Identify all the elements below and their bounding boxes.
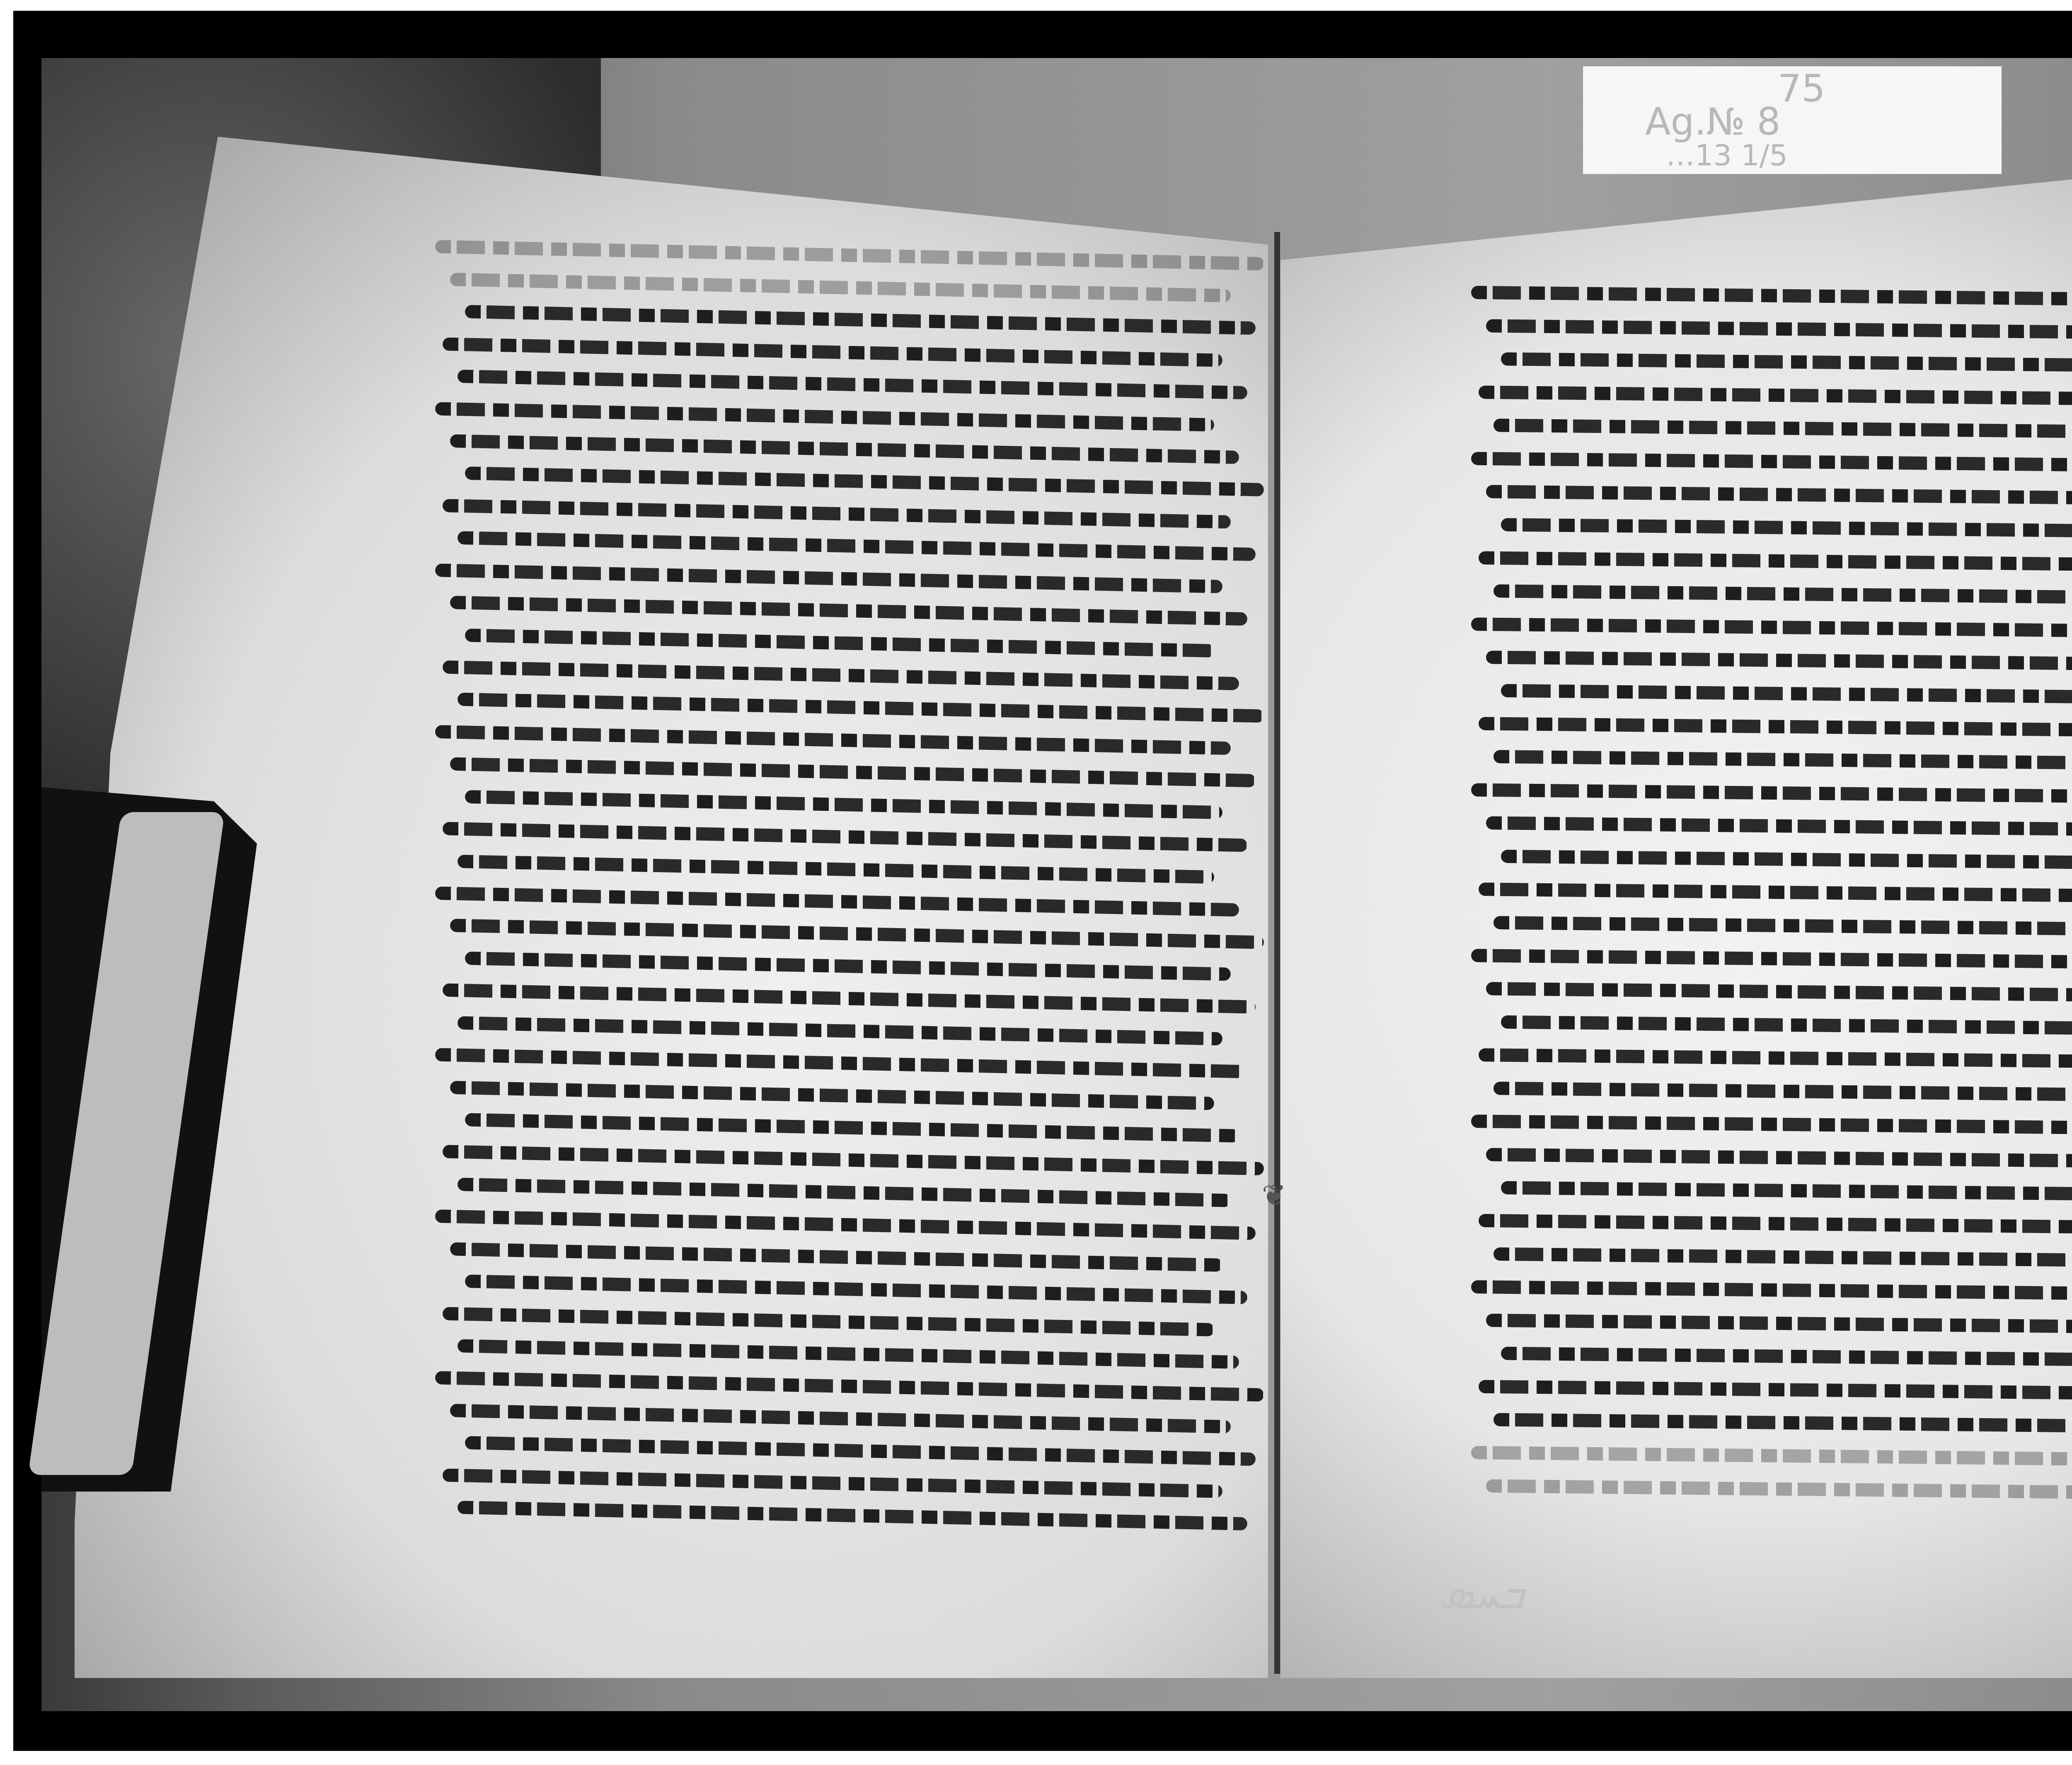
gutter [1274,232,1280,1674]
faint-signature: ܒܚܣ [1438,1566,1525,1620]
label-shelfmark: Ag.№ 8 [1645,104,1781,141]
label-number: 75 [1778,70,1825,108]
gutter-ornament-icon: ❦ [1262,1181,1295,1210]
label-range: …13 1/5 [1666,137,1788,174]
catalog-label: 75 Ag.№ 8 …13 1/5 [1583,66,2002,174]
